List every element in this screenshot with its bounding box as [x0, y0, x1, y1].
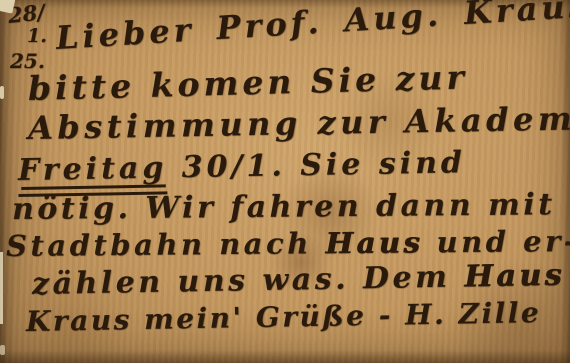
date-annotation-day-month-cont: 1.	[27, 27, 47, 46]
handwriting-line-6: Stadtbahn nach Haus und er-	[6, 227, 570, 261]
handwriting-line-7: zählen uns was. Dem Haus -	[32, 260, 570, 300]
handwriting-line-salutation: Lieber Prof. Aug. Kraus,	[55, 0, 570, 54]
handwriting-line-5: nötig. Wir fahren dann mit	[12, 190, 556, 225]
handwritten-postcard: 28/ 1. 25. Lieber Prof. Aug. Kraus, bitt…	[0, 0, 570, 363]
line-5-text: nötig. Wir fahren dann mit	[12, 187, 556, 227]
handwriting-line-2: bitte komen Sie zur	[28, 60, 469, 105]
salutation-text: Lieber Prof. Aug. Kraus,	[55, 0, 570, 57]
line-7-text-pre: zählen uns was. Dem	[32, 259, 465, 302]
handwriting-line-3: Abstimmung zur Akademie	[28, 102, 570, 144]
paper-wear-mark	[0, 86, 4, 99]
line-3-text: Abstimmung zur Akademie	[28, 99, 570, 147]
line-7-text-post: -	[564, 257, 570, 293]
line-4-text: 30/1. Sie sind	[167, 145, 466, 185]
line-2-text: bitte komen Sie zur	[27, 57, 468, 107]
line-6-text-pre: Stadtbahn nach	[6, 226, 326, 263]
handwriting-line-4: Freitag 30/1. Sie sind	[18, 148, 466, 186]
paper-wear-edge-sliver	[0, 252, 3, 324]
line-6-text-post: und er-	[423, 224, 570, 259]
emphasized-word-haus: Haus	[325, 225, 423, 260]
signature: H. Zille	[405, 296, 542, 331]
handwriting-line-signature: Kraus mein' Grüße - H. Zille	[26, 299, 542, 336]
closing-text: Kraus mein' Grüße -	[26, 298, 406, 338]
paper-wear-mark	[0, 345, 5, 355]
emphasized-word-haus-2: Haus	[464, 258, 565, 295]
